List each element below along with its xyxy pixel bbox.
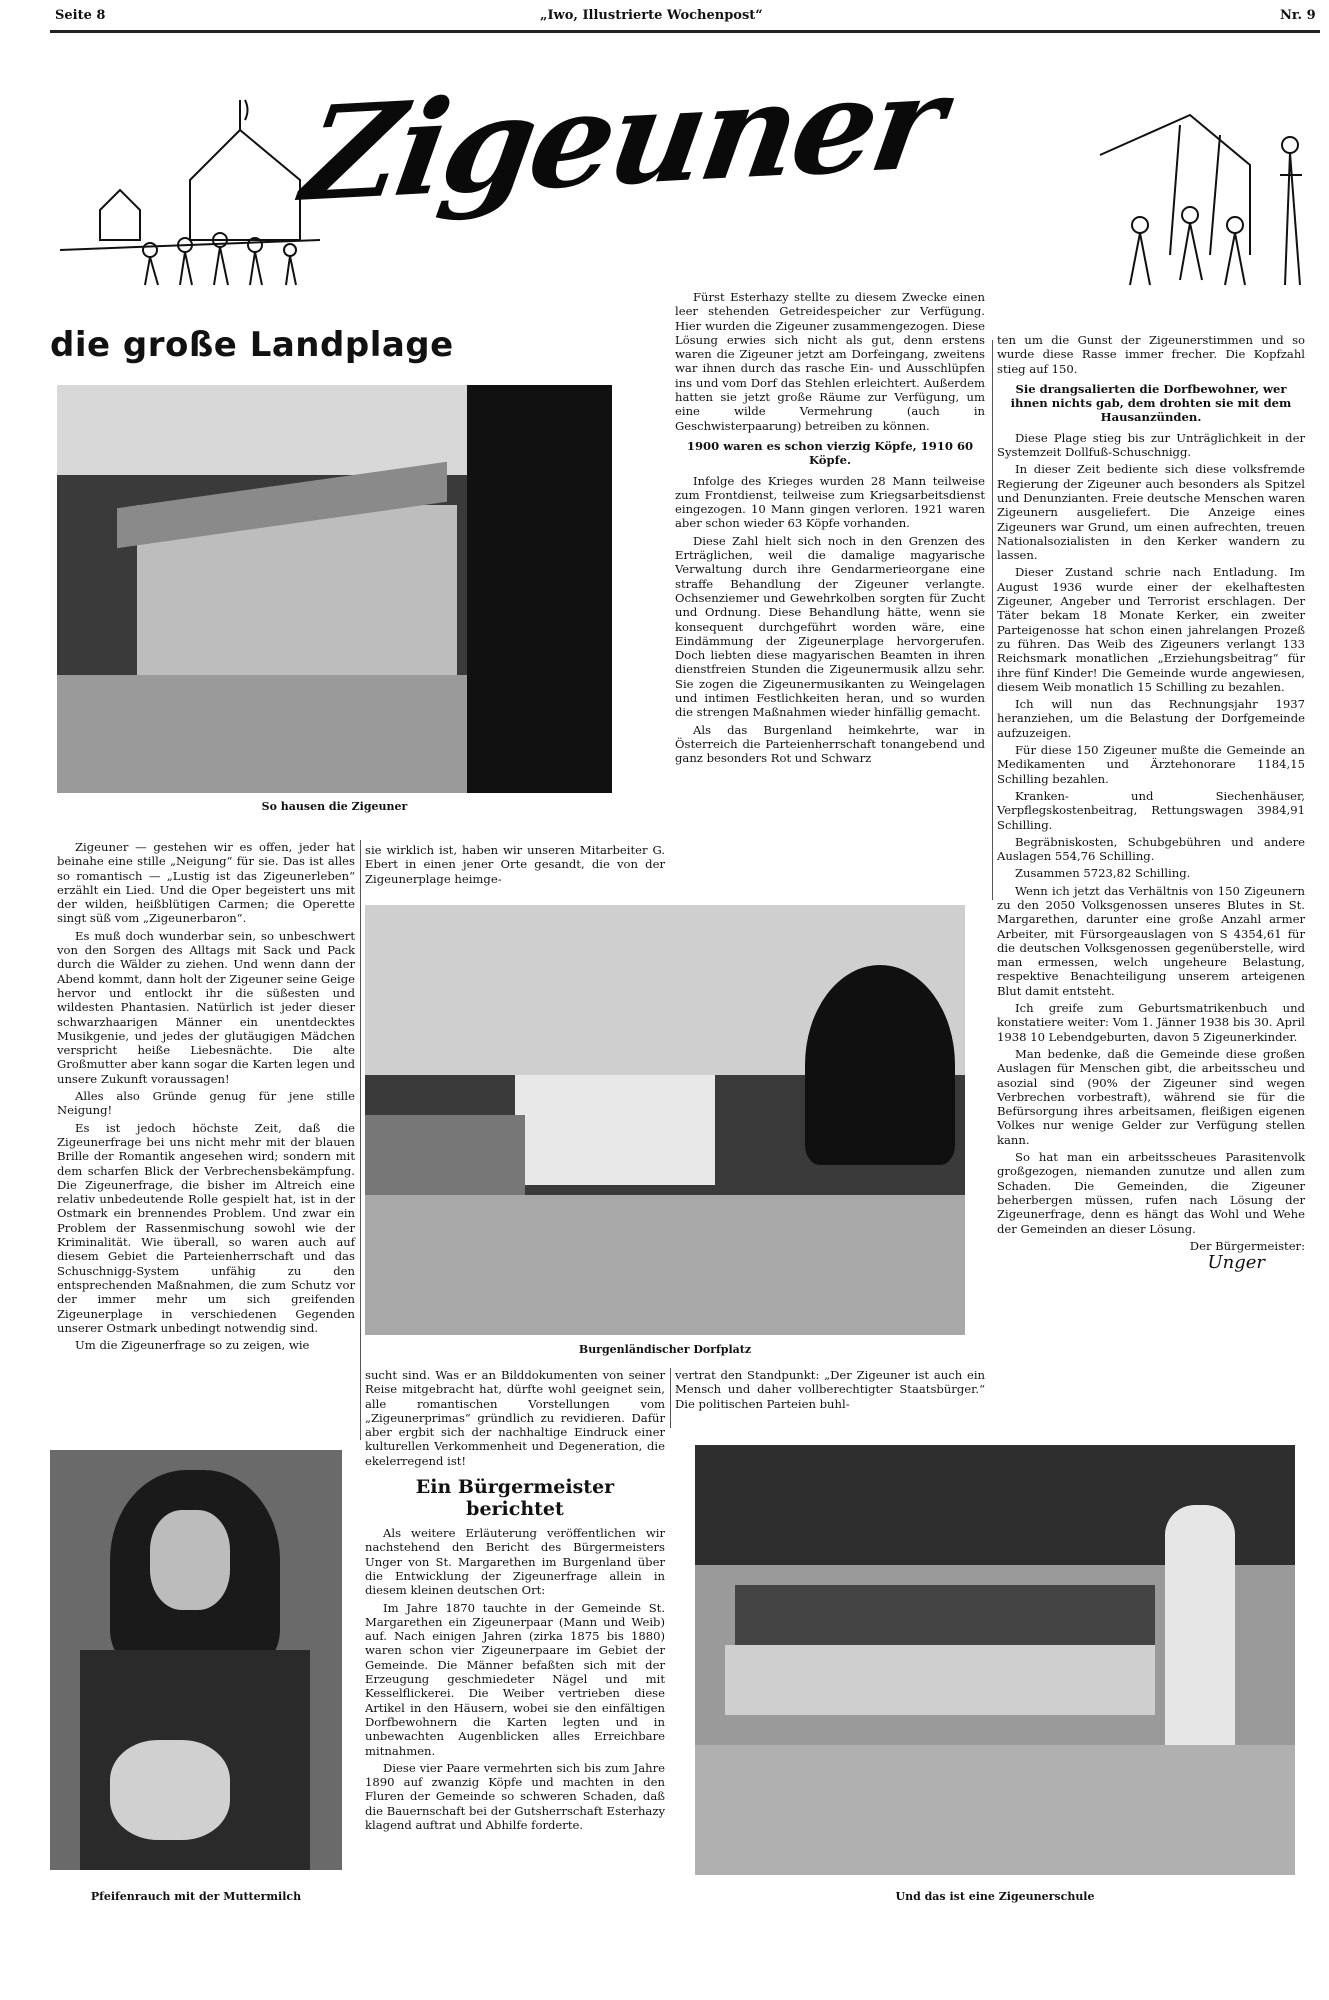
paragraph: Diese Zahl hielt sich noch in den Grenze… xyxy=(675,534,985,720)
paragraph: Zusammen 5723,82 Schilling. xyxy=(997,866,1305,880)
paragraph: Dieser Zustand schrie nach Entladung. Im… xyxy=(997,565,1305,694)
caption-school: Und das ist eine Zigeunerschule xyxy=(695,1890,1295,1903)
column-divider xyxy=(670,1368,671,1428)
report-heading: Ein Bürgermeister berichtet xyxy=(365,1476,665,1520)
paragraph: Begräbniskosten, Schubgebühren und ander… xyxy=(997,835,1305,864)
page-number: Seite 8 xyxy=(55,8,105,23)
column-divider xyxy=(360,840,361,1440)
photo-houses xyxy=(57,385,612,793)
paragraph: Wenn ich jetzt das Verhältnis von 150 Zi… xyxy=(997,884,1305,998)
paragraph: Es ist jedoch höchste Zeit, daß die Zige… xyxy=(57,1121,355,1335)
paragraph: Infolge des Krieges wurden 28 Mann teilw… xyxy=(675,474,985,531)
photo-school xyxy=(695,1445,1295,1875)
paragraph: So hat man ein arbeitsscheues Parasitenv… xyxy=(997,1150,1305,1236)
masthead-subtitle: die große Landplage xyxy=(50,325,454,365)
masthead: Zigeuner xyxy=(310,70,1070,250)
header-rule xyxy=(50,30,1320,33)
paragraph: vertrat den Standpunkt: „Der Zigeuner is… xyxy=(675,1368,985,1411)
masthead-title: Zigeuner xyxy=(296,50,1084,220)
paragraph: Diese vier Paare vermehrten sich bis zum… xyxy=(365,1761,665,1832)
paragraph: In dieser Zeit bediente sich diese volks… xyxy=(997,462,1305,562)
paragraph: Im Jahre 1870 tauchte in der Gemeinde St… xyxy=(365,1601,665,1758)
photo-village-square xyxy=(365,905,965,1335)
issue-number: Nr. 9 xyxy=(1280,8,1316,23)
paragraph: Kranken- und Siechenhäuser, Verpflegskos… xyxy=(997,789,1305,832)
paragraph: Um die Zigeunerfrage so zu zeigen, wie xyxy=(57,1338,355,1352)
article-column-3: Fürst Esterhazy stellte zu diesem Zwecke… xyxy=(675,290,985,769)
paragraph: ten um die Gunst der Zigeunerstimmen und… xyxy=(997,333,1305,376)
caption-houses: So hausen die Zigeuner xyxy=(57,800,612,813)
paragraph: Ich will nun das Rechnungsjahr 1937 hera… xyxy=(997,697,1305,740)
caption-mother: Pfeifenrauch mit der Muttermilch xyxy=(50,1890,342,1903)
subheading: 1900 waren es schon vierzig Köpfe, 1910 … xyxy=(675,439,985,468)
article-column-2-top: sie wirklich ist, haben wir unseren Mita… xyxy=(365,843,665,889)
village-sketch-left-icon xyxy=(40,90,330,290)
paragraph: sucht sind. Was er an Bilddokumenten von… xyxy=(365,1368,665,1468)
paragraph: Es muß doch wunderbar sein, so unbeschwe… xyxy=(57,929,355,1086)
article-column-3-bottom: vertrat den Standpunkt: „Der Zigeuner is… xyxy=(675,1368,985,1414)
paragraph: Als das Burgenland heimkehrte, war in Ös… xyxy=(675,723,985,766)
paragraph: Ich greife zum Geburtsmatrikenbuch und k… xyxy=(997,1001,1305,1044)
paragraph: Für diese 150 Zigeuner mußte die Gemeind… xyxy=(997,743,1305,786)
paragraph: sie wirklich ist, haben wir unseren Mita… xyxy=(365,843,665,886)
paragraph: Diese Plage stieg bis zur Unträglichkeit… xyxy=(997,431,1305,460)
paragraph: Man bedenke, daß die Gemeinde diese groß… xyxy=(997,1047,1305,1147)
signoff: Der Bürgermeister: xyxy=(997,1239,1305,1253)
subheading: Sie drangsalierten die Dorfbewohner, wer… xyxy=(997,382,1305,425)
article-column-2-bottom: sucht sind. Was er an Bilddokumenten von… xyxy=(365,1368,665,1835)
signature: Unger xyxy=(997,1256,1305,1270)
caption-village-square: Burgenländischer Dorfplatz xyxy=(365,1343,965,1356)
photo-mother xyxy=(50,1450,342,1870)
paragraph: Fürst Esterhazy stellte zu diesem Zwecke… xyxy=(675,290,985,433)
camp-sketch-right-icon xyxy=(1070,95,1320,295)
article-column-1: Zigeuner — gestehen wir es offen, jeder … xyxy=(57,840,355,1355)
article-column-4: ten um die Gunst der Zigeunerstimmen und… xyxy=(997,333,1305,1273)
paragraph: Zigeuner — gestehen wir es offen, jeder … xyxy=(57,840,355,926)
column-divider xyxy=(992,340,993,900)
paragraph: Als weitere Erläuterung veröffentlichen … xyxy=(365,1526,665,1597)
paragraph: Alles also Gründe genug für jene stille … xyxy=(57,1089,355,1118)
publication-name: „Iwo, Illustrierte Wochenpost“ xyxy=(540,8,763,23)
